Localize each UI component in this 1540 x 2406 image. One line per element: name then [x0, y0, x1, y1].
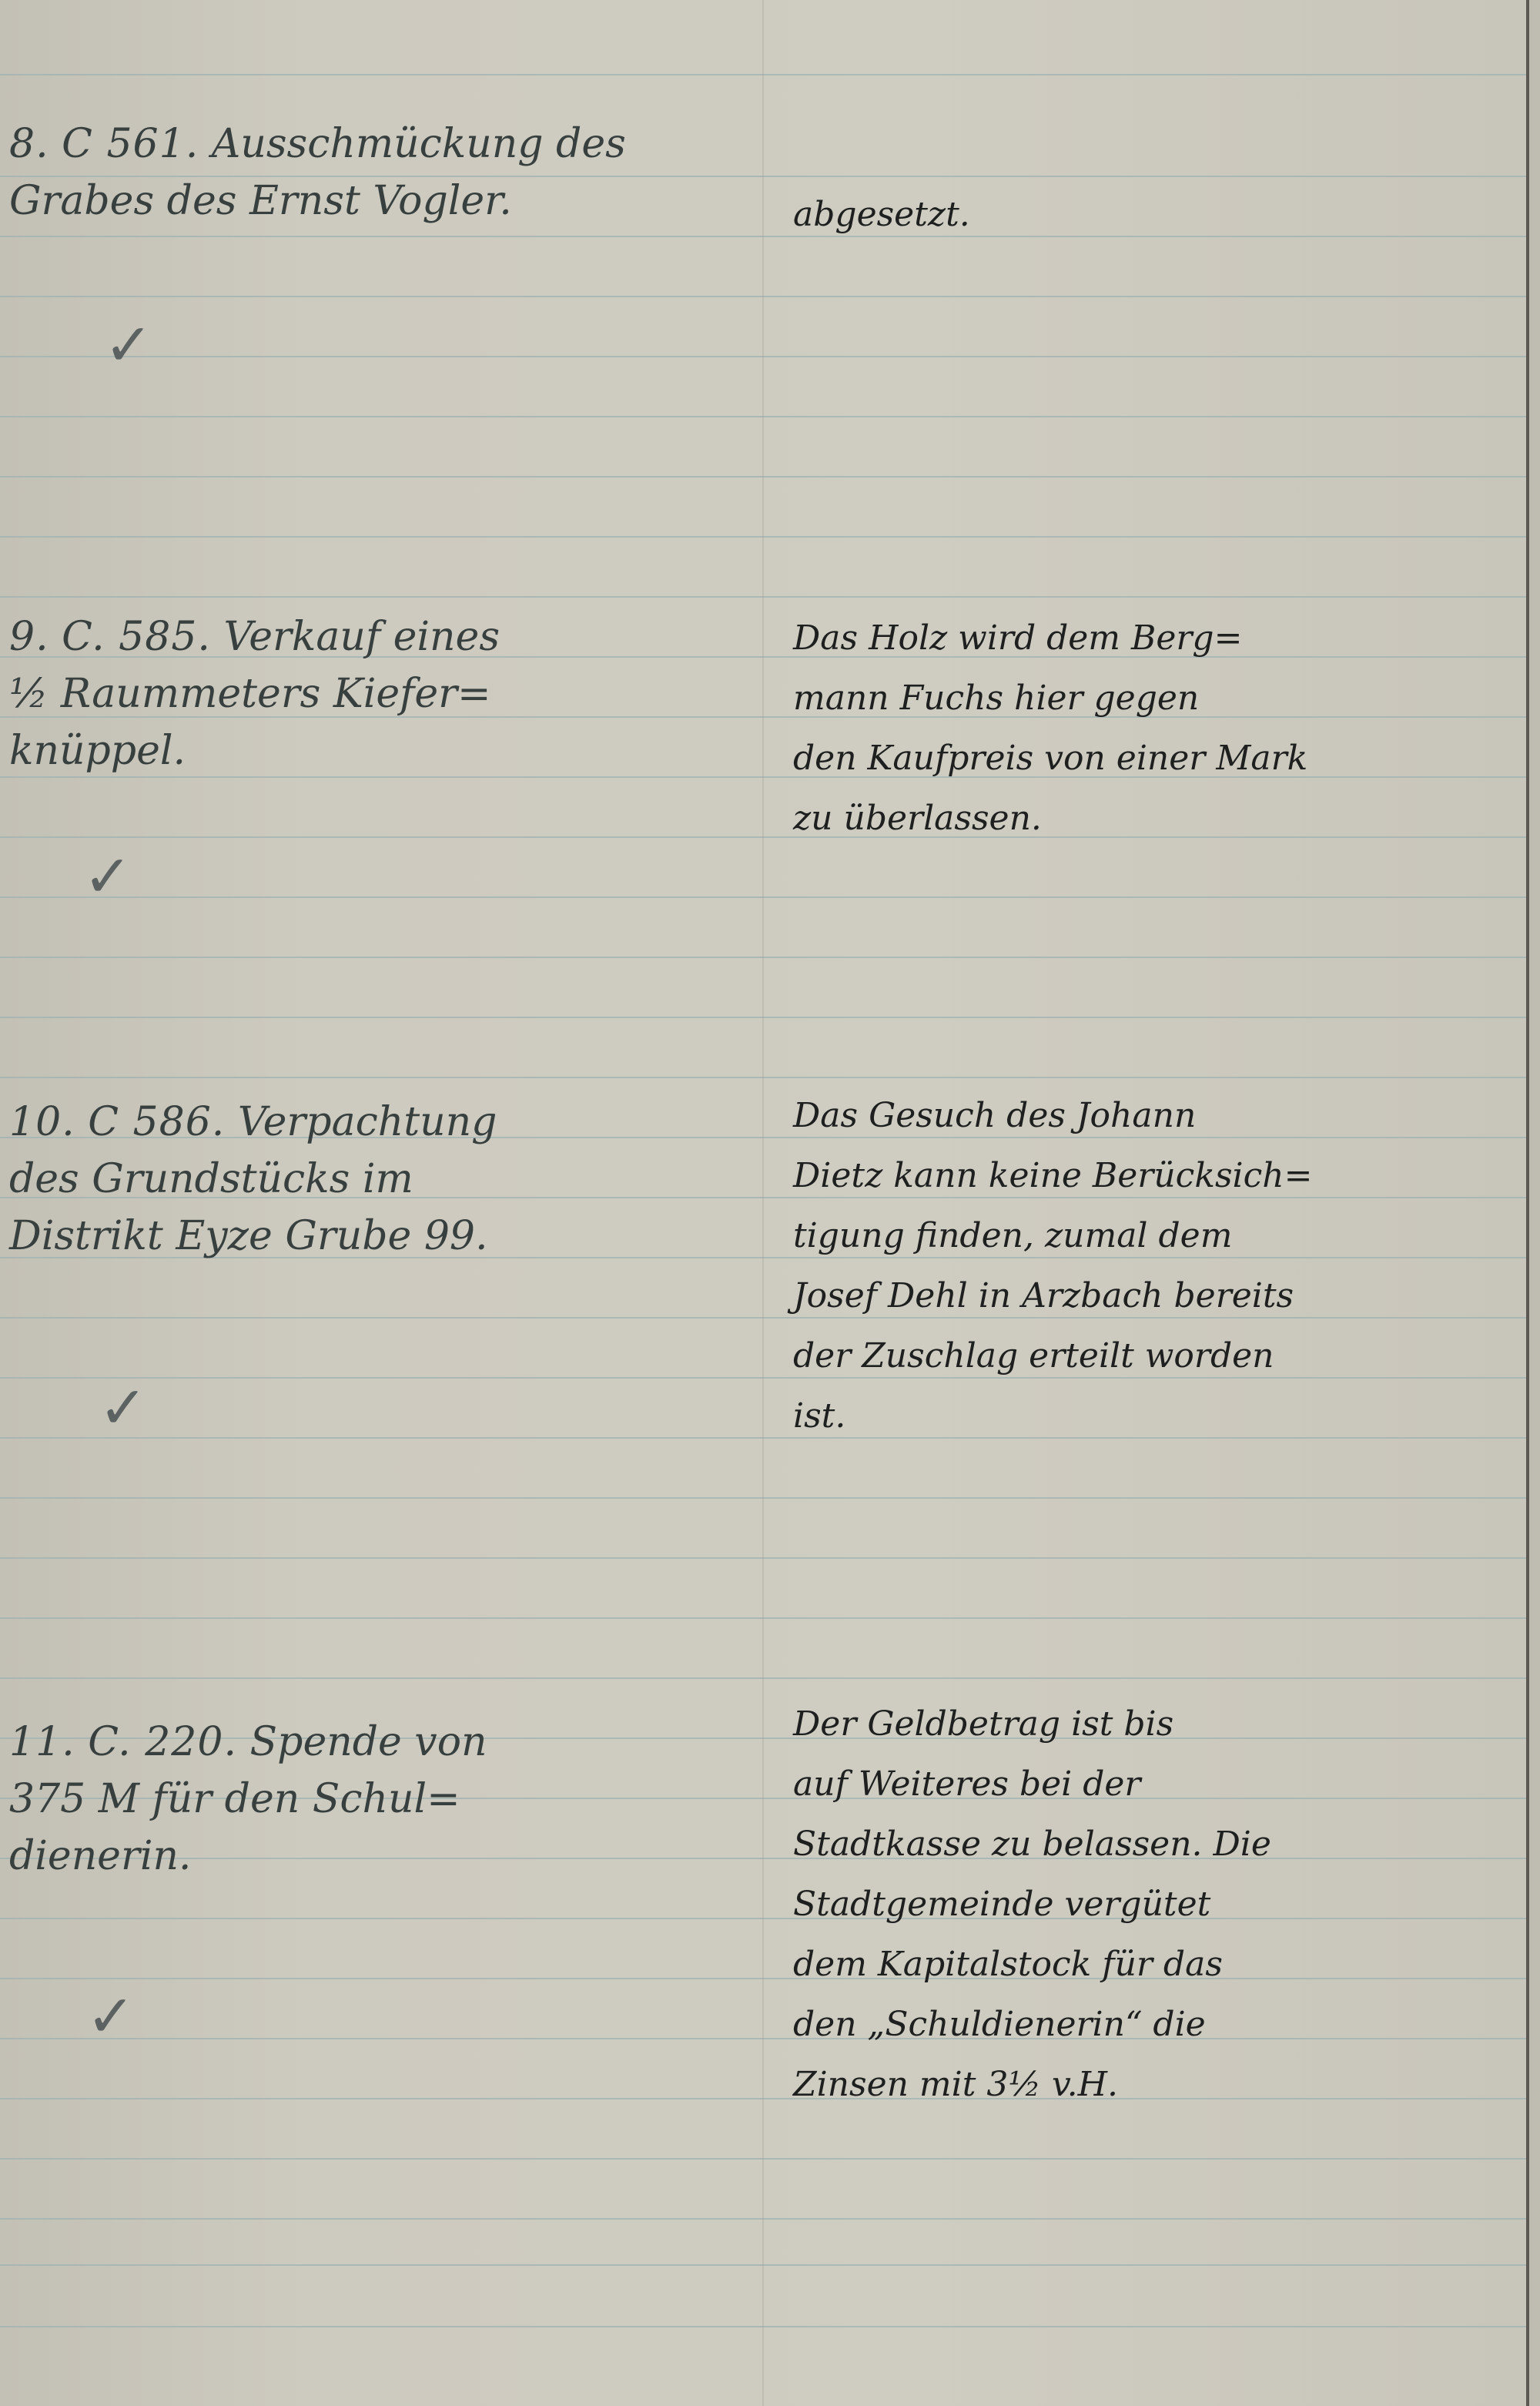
- resolution-text: Stadtgemeinde vergütet: [793, 1875, 1509, 1935]
- entry-9-resolution: Das Holz wird dem Berg= mann Fuchs hier …: [793, 608, 1509, 849]
- resolution-text: Das Holz wird dem Berg=: [793, 608, 1509, 669]
- item-text: Ausschmückung des: [212, 121, 626, 167]
- entry-ref: C 586.: [88, 1099, 225, 1145]
- entry-11-item: 11. C. 220. Spende von 375 M für den Sch…: [9, 1714, 748, 1885]
- checkmark-icon: ✓: [104, 316, 153, 374]
- resolution-text: ist.: [793, 1386, 1509, 1446]
- entry-ref: C. 220.: [88, 1719, 237, 1765]
- resolution-text: zu überlassen.: [793, 789, 1509, 849]
- checkmark-icon: ✓: [99, 1379, 148, 1437]
- resolution-text: Das Gesuch des Johann: [793, 1086, 1509, 1146]
- resolution-text: mann Fuchs hier gegen: [793, 669, 1509, 729]
- resolution-text: der Zuschlag erteilt worden: [793, 1326, 1509, 1386]
- entry-number: 11.: [9, 1719, 75, 1765]
- resolution-text: abgesetzt.: [793, 185, 1509, 245]
- resolution-text: den Kaufpreis von einer Mark: [793, 729, 1509, 789]
- entry-ref: C 561.: [62, 121, 199, 167]
- entry-9-item: 9. C. 585. Verkauf eines ½ Raummeters Ki…: [9, 608, 748, 779]
- item-text: dienerin.: [9, 1828, 748, 1885]
- resolution-text: tigung finden, zumal dem: [793, 1206, 1509, 1266]
- item-text: Verkauf eines: [223, 614, 500, 660]
- entry-number: 9.: [9, 614, 49, 660]
- ledger-page: 8. C 561. Ausschmückung des Grabes des E…: [0, 0, 1534, 2406]
- resolution-text: Stadtkasse zu belassen. Die: [793, 1815, 1509, 1875]
- item-text: 375 M für den Schul=: [9, 1771, 748, 1828]
- checkmark-icon: ✓: [83, 847, 132, 906]
- item-text: Spende von: [250, 1719, 487, 1765]
- entry-10-item: 10. C 586. Verpachtung des Grundstücks i…: [9, 1094, 748, 1265]
- resolution-text: Der Geldbetrag ist bis: [793, 1694, 1509, 1754]
- item-text: ½ Raummeters Kiefer=: [9, 665, 748, 722]
- entry-8-resolution: abgesetzt.: [793, 185, 1509, 245]
- column-fold: [762, 0, 764, 2406]
- entry-ref: C. 585.: [62, 614, 211, 660]
- item-text: Distrikt Eyze Grube 99.: [9, 1208, 748, 1265]
- item-text: knüppel.: [9, 722, 748, 779]
- entry-10-resolution: Das Gesuch des Johann Dietz kann keine B…: [793, 1086, 1509, 1446]
- resolution-text: auf Weiteres bei der: [793, 1754, 1509, 1815]
- checkmark-icon: ✓: [86, 1987, 136, 2046]
- entry-number: 8.: [9, 121, 49, 167]
- next-page-edge: [1529, 0, 1540, 2406]
- entry-number: 10.: [9, 1099, 75, 1145]
- resolution-text: den „Schuldienerin“ die: [793, 1995, 1509, 2055]
- resolution-text: Dietz kann keine Berücksich=: [793, 1146, 1509, 1206]
- entry-8-item: 8. C 561. Ausschmückung des Grabes des E…: [9, 116, 748, 230]
- resolution-text: Zinsen mit 3½ v.H.: [793, 2055, 1509, 2115]
- entry-11-resolution: Der Geldbetrag ist bis auf Weiteres bei …: [793, 1694, 1509, 2115]
- item-text: Grabes des Ernst Vogler.: [9, 173, 748, 230]
- resolution-text: Josef Dehl in Arzbach bereits: [793, 1266, 1509, 1326]
- item-text: des Grundstücks im: [9, 1151, 748, 1208]
- resolution-text: dem Kapitalstock für das: [793, 1935, 1509, 1995]
- item-text: Verpachtung: [238, 1099, 497, 1145]
